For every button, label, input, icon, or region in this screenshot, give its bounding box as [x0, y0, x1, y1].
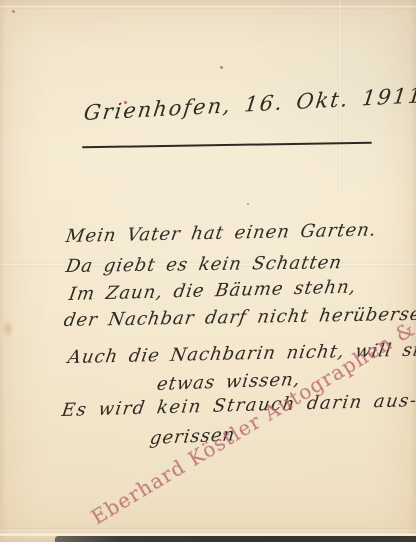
letter-line-4: der Nachbar darf nicht herübersehn. [62, 303, 416, 331]
paper-speck [247, 203, 249, 205]
paper-speck [12, 10, 15, 13]
dateline: Grienhofen, 16. Okt. 1911. [83, 83, 416, 125]
letter-line-1: Mein Vater hat einen Garten. [64, 219, 378, 247]
letter-page: Grienhofen, 16. Okt. 1911. Mein Vater ha… [0, 0, 416, 542]
fold-crease-top [0, 4, 416, 9]
paper-speck [220, 66, 223, 69]
paper-stain [0, 316, 16, 342]
dateline-underline [82, 142, 372, 149]
scan-edge-shadow [55, 536, 416, 542]
letter-line-3: Im Zaun, die Bäume stehn, [67, 276, 358, 305]
letter-line-2: Da giebt es kein Schatten [64, 252, 343, 277]
